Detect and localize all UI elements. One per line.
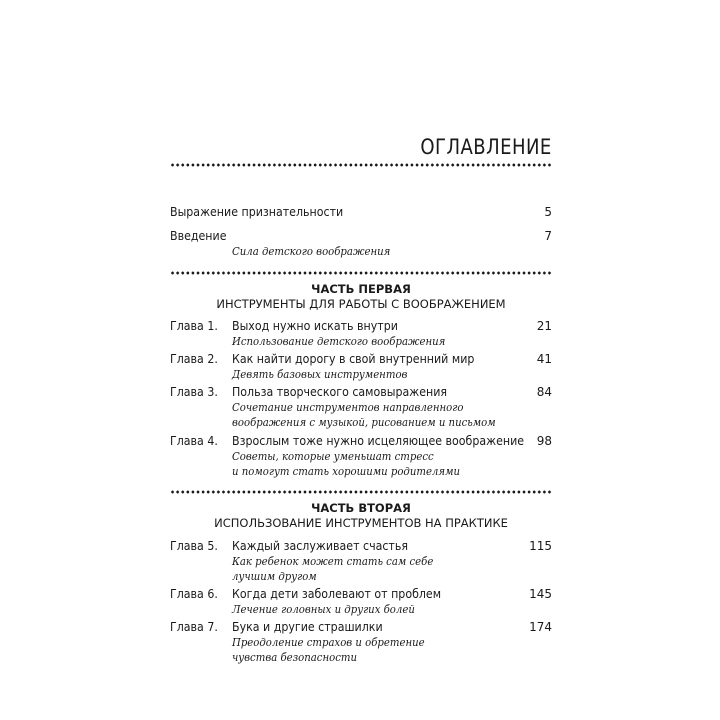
- part-name: ЧАСТЬ ПЕРВАЯ: [170, 282, 552, 296]
- chapter-page: 21: [537, 318, 552, 334]
- chapter-title: Польза творческого самовыражения: [232, 384, 447, 400]
- chapter-title: Каждый заслуживает счастья: [232, 538, 408, 554]
- chapter-subtitle: Сочетание инструментов направленного: [232, 400, 463, 415]
- toc-title: ОГЛАВЛЕНИЕ: [421, 135, 552, 159]
- chapter-subtitle: Девять базовых инструментов: [232, 367, 407, 382]
- chapter-number: Глава 4.: [170, 433, 218, 449]
- chapter-subtitle: чувства безопасности: [232, 650, 357, 665]
- chapter-page: 98: [537, 433, 552, 449]
- chapter-title: Выход нужно искать внутри: [232, 318, 398, 334]
- entry-page: 5: [544, 204, 552, 220]
- chapter-number: Глава 6.: [170, 586, 218, 602]
- entry-title: Введение: [170, 228, 226, 244]
- part-title: ИСПОЛЬЗОВАНИЕ ИНСТРУМЕНТОВ НА ПРАКТИКЕ: [170, 516, 552, 530]
- chapter-number: Глава 5.: [170, 538, 218, 554]
- entry-page: 7: [544, 228, 552, 244]
- chapter-subtitle: Как ребенок может стать сам себе: [232, 554, 433, 569]
- dotted-divider: [170, 271, 552, 275]
- chapter-subtitle: Использование детского воображения: [232, 334, 445, 349]
- chapter-title: Взрослым тоже нужно исцеляющее воображен…: [232, 433, 524, 449]
- chapter-page: 174: [529, 619, 552, 635]
- chapter-subtitle: воображения с музыкой, рисованием и пись…: [232, 415, 496, 430]
- dotted-divider: [170, 490, 552, 494]
- chapter-title: Как найти дорогу в свой внутренний мир: [232, 351, 474, 367]
- chapter-title: Когда дети заболевают от проблем: [232, 586, 441, 602]
- dotted-divider: [170, 163, 552, 167]
- toc-page: ОГЛАВЛЕНИЕ Выражение признательности 5 В…: [170, 0, 552, 720]
- chapter-number: Глава 3.: [170, 384, 218, 400]
- chapter-number: Глава 1.: [170, 318, 218, 334]
- chapter-subtitle: Советы, которые уменьшат стресс: [232, 449, 434, 464]
- chapter-page: 145: [529, 586, 552, 602]
- chapter-subtitle: Лечение головных и других болей: [232, 602, 415, 617]
- chapter-title: Бука и другие страшилки: [232, 619, 383, 635]
- chapter-page: 84: [537, 384, 552, 400]
- entry-title: Выражение признательности: [170, 204, 343, 220]
- part-title: ИНСТРУМЕНТЫ ДЛЯ РАБОТЫ С ВООБРАЖЕНИЕМ: [170, 297, 552, 311]
- chapter-number: Глава 7.: [170, 619, 218, 635]
- part-name: ЧАСТЬ ВТОРАЯ: [170, 501, 552, 515]
- chapter-subtitle: Преодоление страхов и обретение: [232, 635, 425, 650]
- chapter-subtitle: и помогут стать хорошими родителями: [232, 464, 460, 479]
- entry-subtitle: Сила детского воображения: [232, 244, 390, 259]
- chapter-subtitle: лучшим другом: [232, 569, 317, 584]
- chapter-number: Глава 2.: [170, 351, 218, 367]
- chapter-page: 115: [529, 538, 552, 554]
- chapter-page: 41: [537, 351, 552, 367]
